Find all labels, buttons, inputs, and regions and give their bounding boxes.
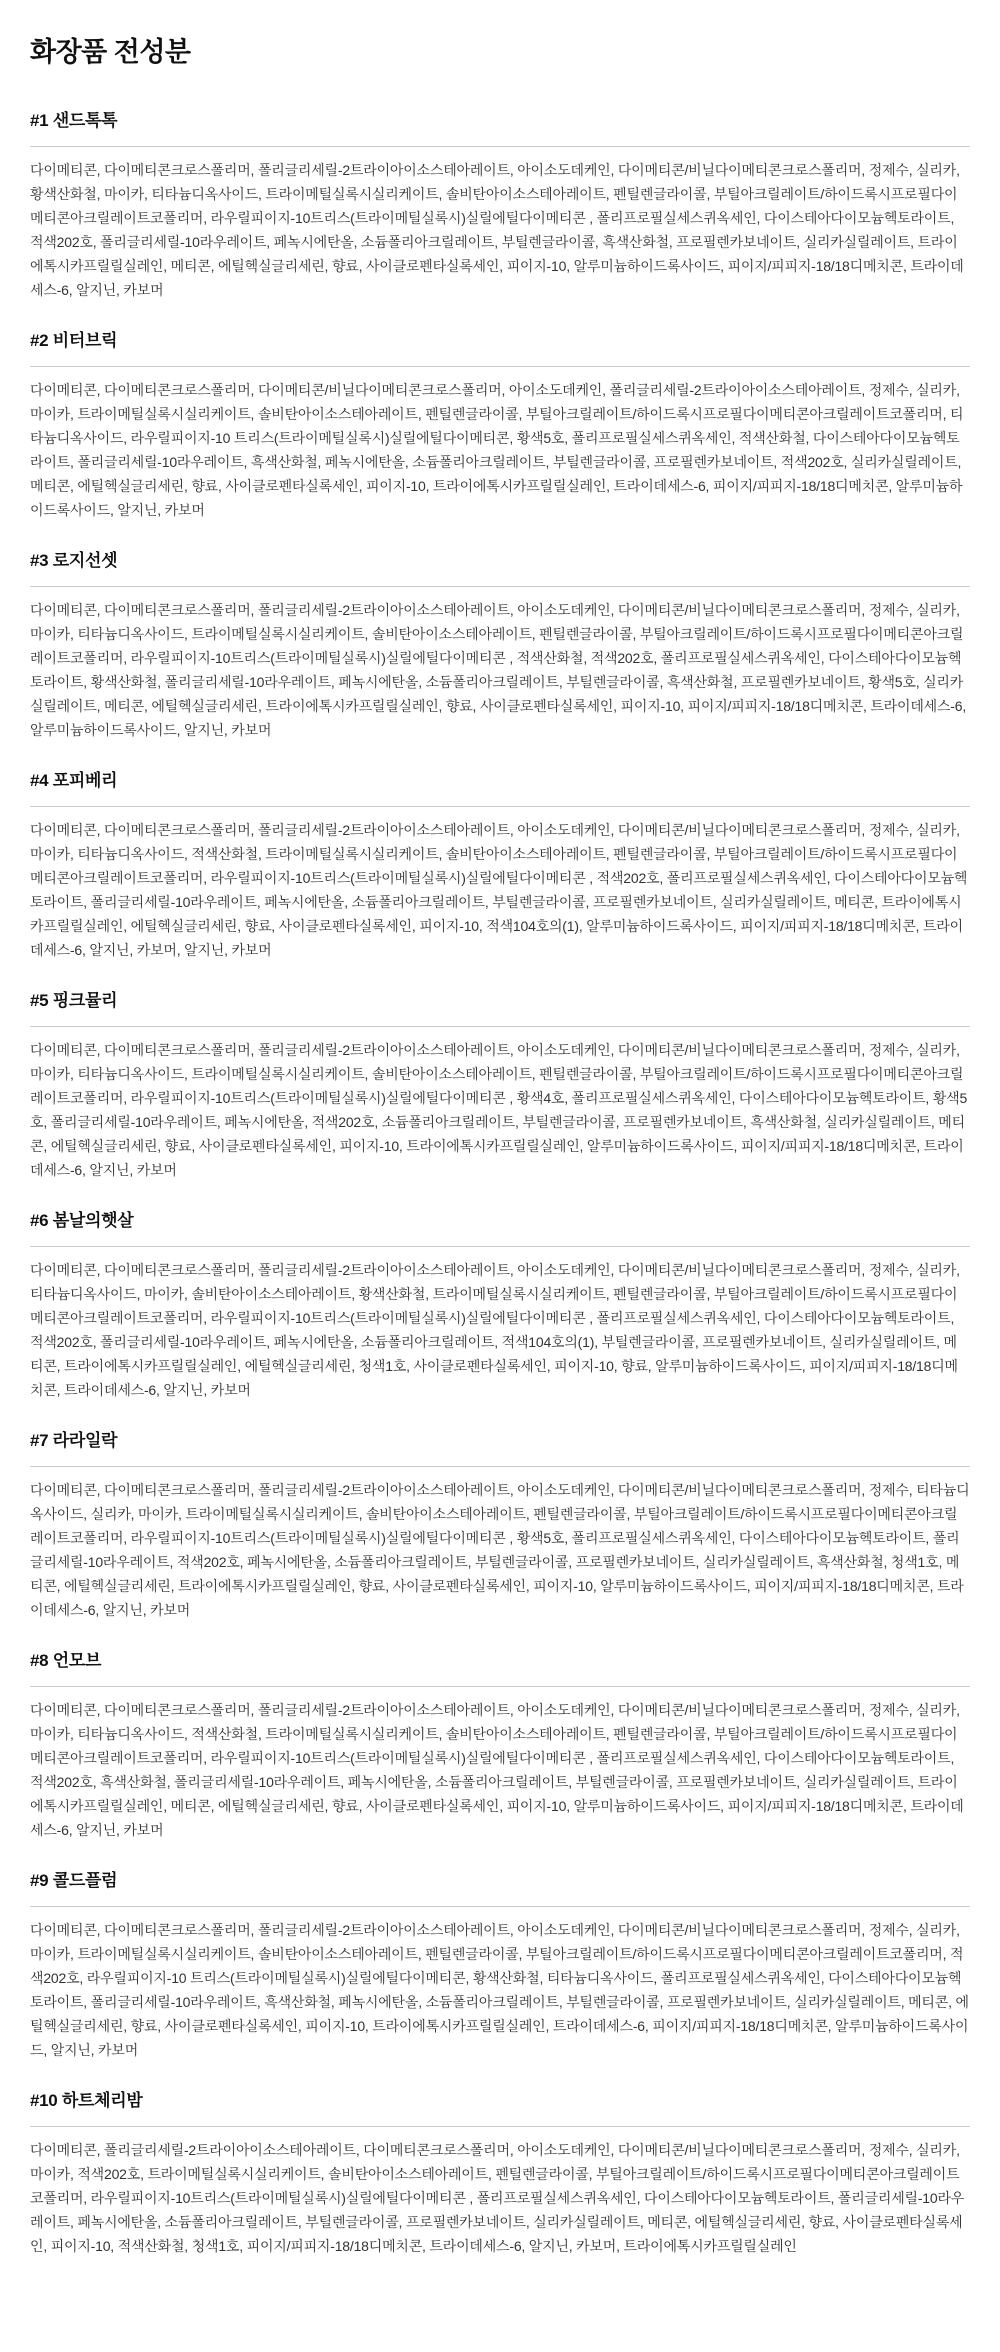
- ingredient-list: 다이메티콘, 다이메티콘크로스폴리머, 폴리글리세릴-2트라이아이소스테아레이트…: [30, 1038, 970, 1182]
- ingredient-list: 다이메티콘, 다이메티콘크로스폴리머, 다이메티콘/비닐다이메티콘크로스폴리머,…: [30, 378, 970, 522]
- section-heading: #3 로지선셋: [30, 550, 970, 572]
- section-heading: #9 콜드플럼: [30, 1870, 970, 1892]
- section-number: #2: [30, 331, 48, 350]
- section-number: #4: [30, 771, 48, 790]
- section-number: #6: [30, 1211, 48, 1230]
- product-section: #6 봄날의햇살 다이메티콘, 다이메티콘크로스폴리머, 폴리글리세릴-2트라이…: [30, 1210, 970, 1402]
- product-section: #1 샌드톡톡 다이메티콘, 다이메티콘크로스폴리머, 폴리글리세릴-2트라이아…: [30, 110, 970, 302]
- ingredient-list: 다이메티콘, 다이메티콘크로스폴리머, 폴리글리세릴-2트라이아이소스테아레이트…: [30, 1478, 970, 1622]
- section-name: 하트체리밤: [62, 2091, 143, 2110]
- section-divider: [30, 1686, 970, 1687]
- section-number: #10: [30, 2091, 57, 2110]
- ingredient-list: 다이메티콘, 다이메티콘크로스폴리머, 폴리글리세릴-2트라이아이소스테아레이트…: [30, 1258, 970, 1402]
- section-number: #1: [30, 111, 48, 130]
- section-heading: #10 하트체리밤: [30, 2090, 970, 2112]
- section-heading: #1 샌드톡톡: [30, 110, 970, 132]
- section-divider: [30, 586, 970, 587]
- section-name: 핑크뮬리: [53, 991, 118, 1010]
- product-section: #4 포피베리 다이메티콘, 다이메티콘크로스폴리머, 폴리글리세릴-2트라이아…: [30, 770, 970, 962]
- section-divider: [30, 366, 970, 367]
- section-name: 언모브: [53, 1651, 101, 1670]
- product-section: #5 핑크뮬리 다이메티콘, 다이메티콘크로스폴리머, 폴리글리세릴-2트라이아…: [30, 990, 970, 1182]
- section-number: #3: [30, 551, 48, 570]
- ingredient-list: 다이메티콘, 다이메티콘크로스폴리머, 폴리글리세릴-2트라이아이소스테아레이트…: [30, 1918, 970, 2062]
- product-section: #2 비터브릭 다이메티콘, 다이메티콘크로스폴리머, 다이메티콘/비닐다이메티…: [30, 330, 970, 522]
- product-section: #10 하트체리밤 다이메티콘, 폴리글리세릴-2트라이아이소스테아레이트, 다…: [30, 2090, 970, 2258]
- section-divider: [30, 1246, 970, 1247]
- section-heading: #2 비터브릭: [30, 330, 970, 352]
- section-name: 비터브릭: [53, 331, 118, 350]
- section-divider: [30, 806, 970, 807]
- section-heading: #8 언모브: [30, 1650, 970, 1672]
- section-number: #5: [30, 991, 48, 1010]
- section-name: 봄날의햇살: [53, 1211, 134, 1230]
- section-heading: #7 라라일락: [30, 1430, 970, 1452]
- section-divider: [30, 2126, 970, 2127]
- ingredient-list: 다이메티콘, 다이메티콘크로스폴리머, 폴리글리세릴-2트라이아이소스테아레이트…: [30, 598, 970, 742]
- section-divider: [30, 1906, 970, 1907]
- section-number: #7: [30, 1431, 48, 1450]
- section-name: 로지선셋: [53, 551, 118, 570]
- page-title: 화장품 전성분: [30, 36, 970, 68]
- section-divider: [30, 1026, 970, 1027]
- product-section: #9 콜드플럼 다이메티콘, 다이메티콘크로스폴리머, 폴리글리세릴-2트라이아…: [30, 1870, 970, 2062]
- section-list: #1 샌드톡톡 다이메티콘, 다이메티콘크로스폴리머, 폴리글리세릴-2트라이아…: [30, 110, 970, 2258]
- section-heading: #5 핑크뮬리: [30, 990, 970, 1012]
- product-section: #7 라라일락 다이메티콘, 다이메티콘크로스폴리머, 폴리글리세릴-2트라이아…: [30, 1430, 970, 1622]
- section-name: 샌드톡톡: [53, 111, 118, 130]
- ingredient-list: 다이메티콘, 다이메티콘크로스폴리머, 폴리글리세릴-2트라이아이소스테아레이트…: [30, 158, 970, 302]
- product-section: #8 언모브 다이메티콘, 다이메티콘크로스폴리머, 폴리글리세릴-2트라이아이…: [30, 1650, 970, 1842]
- ingredient-list: 다이메티콘, 다이메티콘크로스폴리머, 폴리글리세릴-2트라이아이소스테아레이트…: [30, 818, 970, 962]
- product-section: #3 로지선셋 다이메티콘, 다이메티콘크로스폴리머, 폴리글리세릴-2트라이아…: [30, 550, 970, 742]
- section-name: 포피베리: [53, 771, 118, 790]
- section-number: #8: [30, 1651, 48, 1670]
- section-divider: [30, 146, 970, 147]
- ingredient-list: 다이메티콘, 폴리글리세릴-2트라이아이소스테아레이트, 다이메티콘크로스폴리머…: [30, 2138, 970, 2258]
- section-heading: #6 봄날의햇살: [30, 1210, 970, 1232]
- section-number: #9: [30, 1871, 48, 1890]
- ingredient-document: 화장품 전성분 #1 샌드톡톡 다이메티콘, 다이메티콘크로스폴리머, 폴리글리…: [0, 0, 1000, 2352]
- section-heading: #4 포피베리: [30, 770, 970, 792]
- section-divider: [30, 1466, 970, 1467]
- ingredient-list: 다이메티콘, 다이메티콘크로스폴리머, 폴리글리세릴-2트라이아이소스테아레이트…: [30, 1698, 970, 1842]
- section-name: 라라일락: [53, 1431, 118, 1450]
- section-name: 콜드플럼: [53, 1871, 118, 1890]
